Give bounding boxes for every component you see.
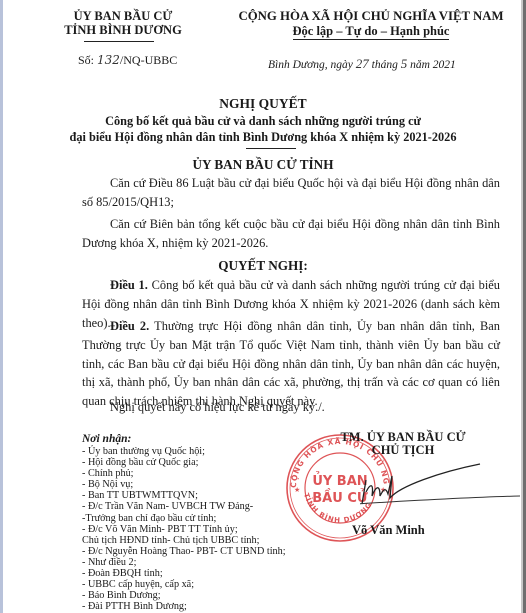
recipients-title: Nơi nhận:: [82, 433, 131, 445]
svg-text:★: ★: [294, 486, 300, 494]
issuing-organization: ỦY BAN BẦU CỬ TỈNH BÌNH DƯƠNG: [58, 9, 188, 37]
recipient-item: - Đ/c Võ Văn Minh- PBT TT Tỉnh ủy;: [82, 524, 286, 535]
recipient-item: - Đ/c Trần Văn Nam- UVBCH TW Đảng-: [82, 501, 286, 512]
handwritten-signature-icon: [360, 462, 520, 522]
subject-line-2: đại biểu Hội đồng nhân dân tỉnh Bình Dươ…: [0, 130, 526, 145]
recipients-list: - Ủy ban thường vụ Quốc hội;- Hội đồng b…: [82, 446, 286, 612]
org-line-1: ỦY BAN BẦU CỬ: [58, 9, 188, 23]
place-date: Bình Dương, ngày 27 tháng 5 năm 2021: [268, 56, 456, 72]
recipient-item: - Đài PTTH Bình Dương;: [82, 601, 286, 612]
national-title: CỘNG HÒA XÃ HỘI CHỦ NGHĨA VIỆT NAM: [226, 9, 516, 23]
recipient-item: - Ủy ban thường vụ Quốc hội;: [82, 446, 286, 457]
motto-text: Độc lập – Tự do – Hạnh phúc: [293, 24, 450, 40]
recipient-item: - Ban TT UBTWMTTQVN;: [82, 490, 286, 501]
org-line-2: TỈNH BÌNH DƯƠNG: [58, 23, 188, 37]
recipient-item: -Trưởng ban chỉ đạo bầu cử tỉnh;: [82, 513, 286, 524]
recipient-item: - Báo Bình Dương;: [82, 590, 286, 601]
article-2-label: Điều 2.: [110, 319, 149, 333]
national-motto: Độc lập – Tự do – Hạnh phúc: [226, 24, 516, 39]
day-handwritten: 27: [356, 56, 369, 71]
title-divider: [246, 148, 296, 149]
recipient-item: - Bộ Nội vụ;: [82, 479, 286, 490]
recipient-item: - Đoàn ĐBQH tỉnh;: [82, 568, 286, 579]
subject-line-1: Công bố kết quả bầu cử và danh sách nhữn…: [0, 114, 526, 129]
authority-heading: ỦY BAN BẦU CỬ TỈNH: [0, 157, 526, 173]
place-date-prefix: Bình Dương, ngày: [268, 59, 356, 71]
document-type: NGHỊ QUYẾT: [0, 96, 526, 112]
article-1-label: Điều 1.: [110, 278, 148, 292]
effective-clause: Nghị quyết này có hiệu lực kể từ ngày ký…: [82, 398, 500, 417]
article-2: Điều 2. Thường trực Hội đồng nhân dân tỉ…: [82, 317, 500, 411]
recipient-item: - Chính phủ;: [82, 468, 286, 479]
recipient-item: - Đ/c Nguyễn Hoàng Thao- PBT- CT UBND tỉ…: [82, 546, 286, 557]
signer-name: Võ Văn Minh: [352, 523, 425, 538]
doc-number-handwritten: 132: [97, 53, 120, 67]
doc-number-prefix: Số:: [78, 53, 97, 67]
signer-position: CHỦ TỊCH: [318, 444, 488, 457]
page-left-edge: [0, 0, 3, 613]
document-page: ỦY BAN BẦU CỬ TỈNH BÌNH DƯƠNG Số: 132/NQ…: [0, 0, 526, 613]
document-number: Số: 132/NQ-UBBC: [78, 53, 177, 68]
recipient-item: Chủ tịch HĐND tỉnh- Chủ tịch UBBC tỉnh;: [82, 535, 286, 546]
recipient-item: - Như điều 2;: [82, 557, 286, 568]
year-label: năm 2021: [407, 59, 456, 71]
signature-block: TM. ỦY BAN BẦU CỬ CHỦ TỊCH: [318, 431, 488, 457]
doc-number-suffix: /NQ-UBBC: [120, 53, 177, 67]
recipient-item: - UBBC cấp huyện, cấp xã;: [82, 579, 286, 590]
decision-heading: QUYẾT NGHỊ:: [0, 258, 526, 274]
legal-basis-2: Căn cứ Biên bản tổng kết cuộc bầu cử đại…: [82, 215, 500, 253]
legal-basis-1: Căn cứ Điều 86 Luật bầu cử đại biểu Quốc…: [82, 174, 500, 212]
month-label: tháng: [369, 59, 401, 71]
org-underline: [84, 41, 154, 42]
recipient-item: - Hội đồng bầu cử Quốc gia;: [82, 457, 286, 468]
